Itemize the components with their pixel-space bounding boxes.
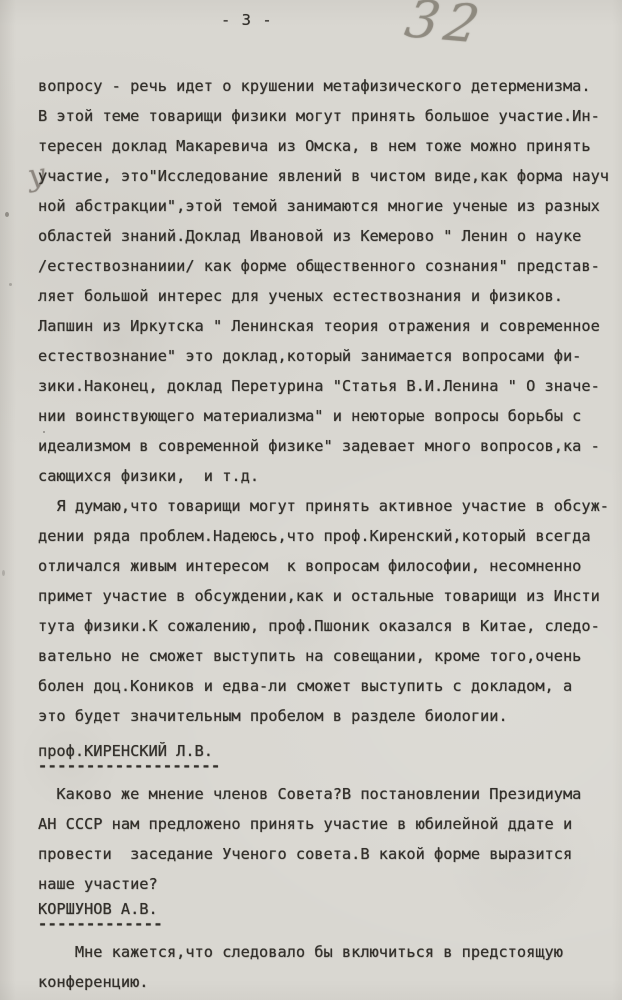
typed-line: провести заседание Ученого совета.В како…: [38, 839, 612, 869]
typed-line: тересен доклад Макаревича из Омска, в не…: [38, 131, 612, 161]
paper-speck: [2, 570, 5, 576]
typed-line: тута физики.К сожалению, проф.Пшоник ока…: [38, 611, 612, 641]
page-number: - 3 -: [221, 11, 273, 29]
typed-line: дении ряда проблем.Надеюсь,что проф.Кире…: [38, 521, 612, 551]
typed-line: болен доц.Коников и едва-ли сможет высту…: [38, 671, 612, 701]
paper-speck: [5, 212, 9, 217]
typed-line: АН СССР нам предложено принять участие в…: [38, 809, 612, 839]
typed-line: вопросу - речь идет о крушении метафизич…: [38, 71, 612, 101]
scanned-document-page: - 3 - 32 у вопросу - речь идет о крушени…: [0, 0, 622, 1000]
typed-line: -------------: [38, 919, 612, 937]
typed-line: конференцию.: [38, 967, 612, 997]
paper-speck: [43, 431, 45, 433]
typed-line: идеализмом в современной физике" задевае…: [38, 431, 612, 461]
typed-line: В этой теме товарищи физики могут принят…: [38, 101, 612, 131]
typed-text-body: вопросу - речь идет о крушении метафизич…: [38, 71, 612, 997]
typed-line: отличался живым интересом к вопросам фил…: [38, 551, 612, 581]
typed-line: Лапшин из Иркутска " Ленинская теория от…: [38, 311, 612, 341]
typed-line: Я думаю,что товарищи могут принять актив…: [38, 491, 612, 521]
typed-line: наше участие?: [38, 869, 612, 899]
typed-line: /естествознаниии/ как форме общественног…: [38, 251, 612, 281]
typed-line: зики.Наконец, доклад Перетурина "Статья …: [38, 371, 612, 401]
typed-line: вательно не сможет выступить на совещани…: [38, 641, 612, 671]
paper-speck: [9, 283, 12, 286]
typed-line: сающихся физики, и т.д.: [38, 461, 612, 491]
typed-line: областей знаний.Доклад Ивановой из Кемер…: [38, 221, 612, 251]
typed-line: это будет значительным пробелом в раздел…: [38, 701, 612, 731]
typed-line: естествознание" это доклад,который заним…: [38, 341, 612, 371]
typed-line: Каково же мнение членов Совета?В постано…: [38, 779, 612, 809]
handwritten-page-number: 32: [400, 0, 521, 58]
typed-line: -------------------: [38, 761, 612, 779]
typed-line: Мне кажется,что следовало бы включиться …: [38, 937, 612, 967]
typed-line: нии воинствующего материализма" и неютор…: [38, 401, 612, 431]
typed-line: участие, это"Исследование явлений в чист…: [38, 161, 612, 191]
typed-line: примет участие в обсуждении,как и осталь…: [38, 581, 612, 611]
typed-line: ляет большой интерес для ученых естество…: [38, 281, 612, 311]
typed-line: ной абстракции",этой темой занимаются мн…: [38, 191, 612, 221]
